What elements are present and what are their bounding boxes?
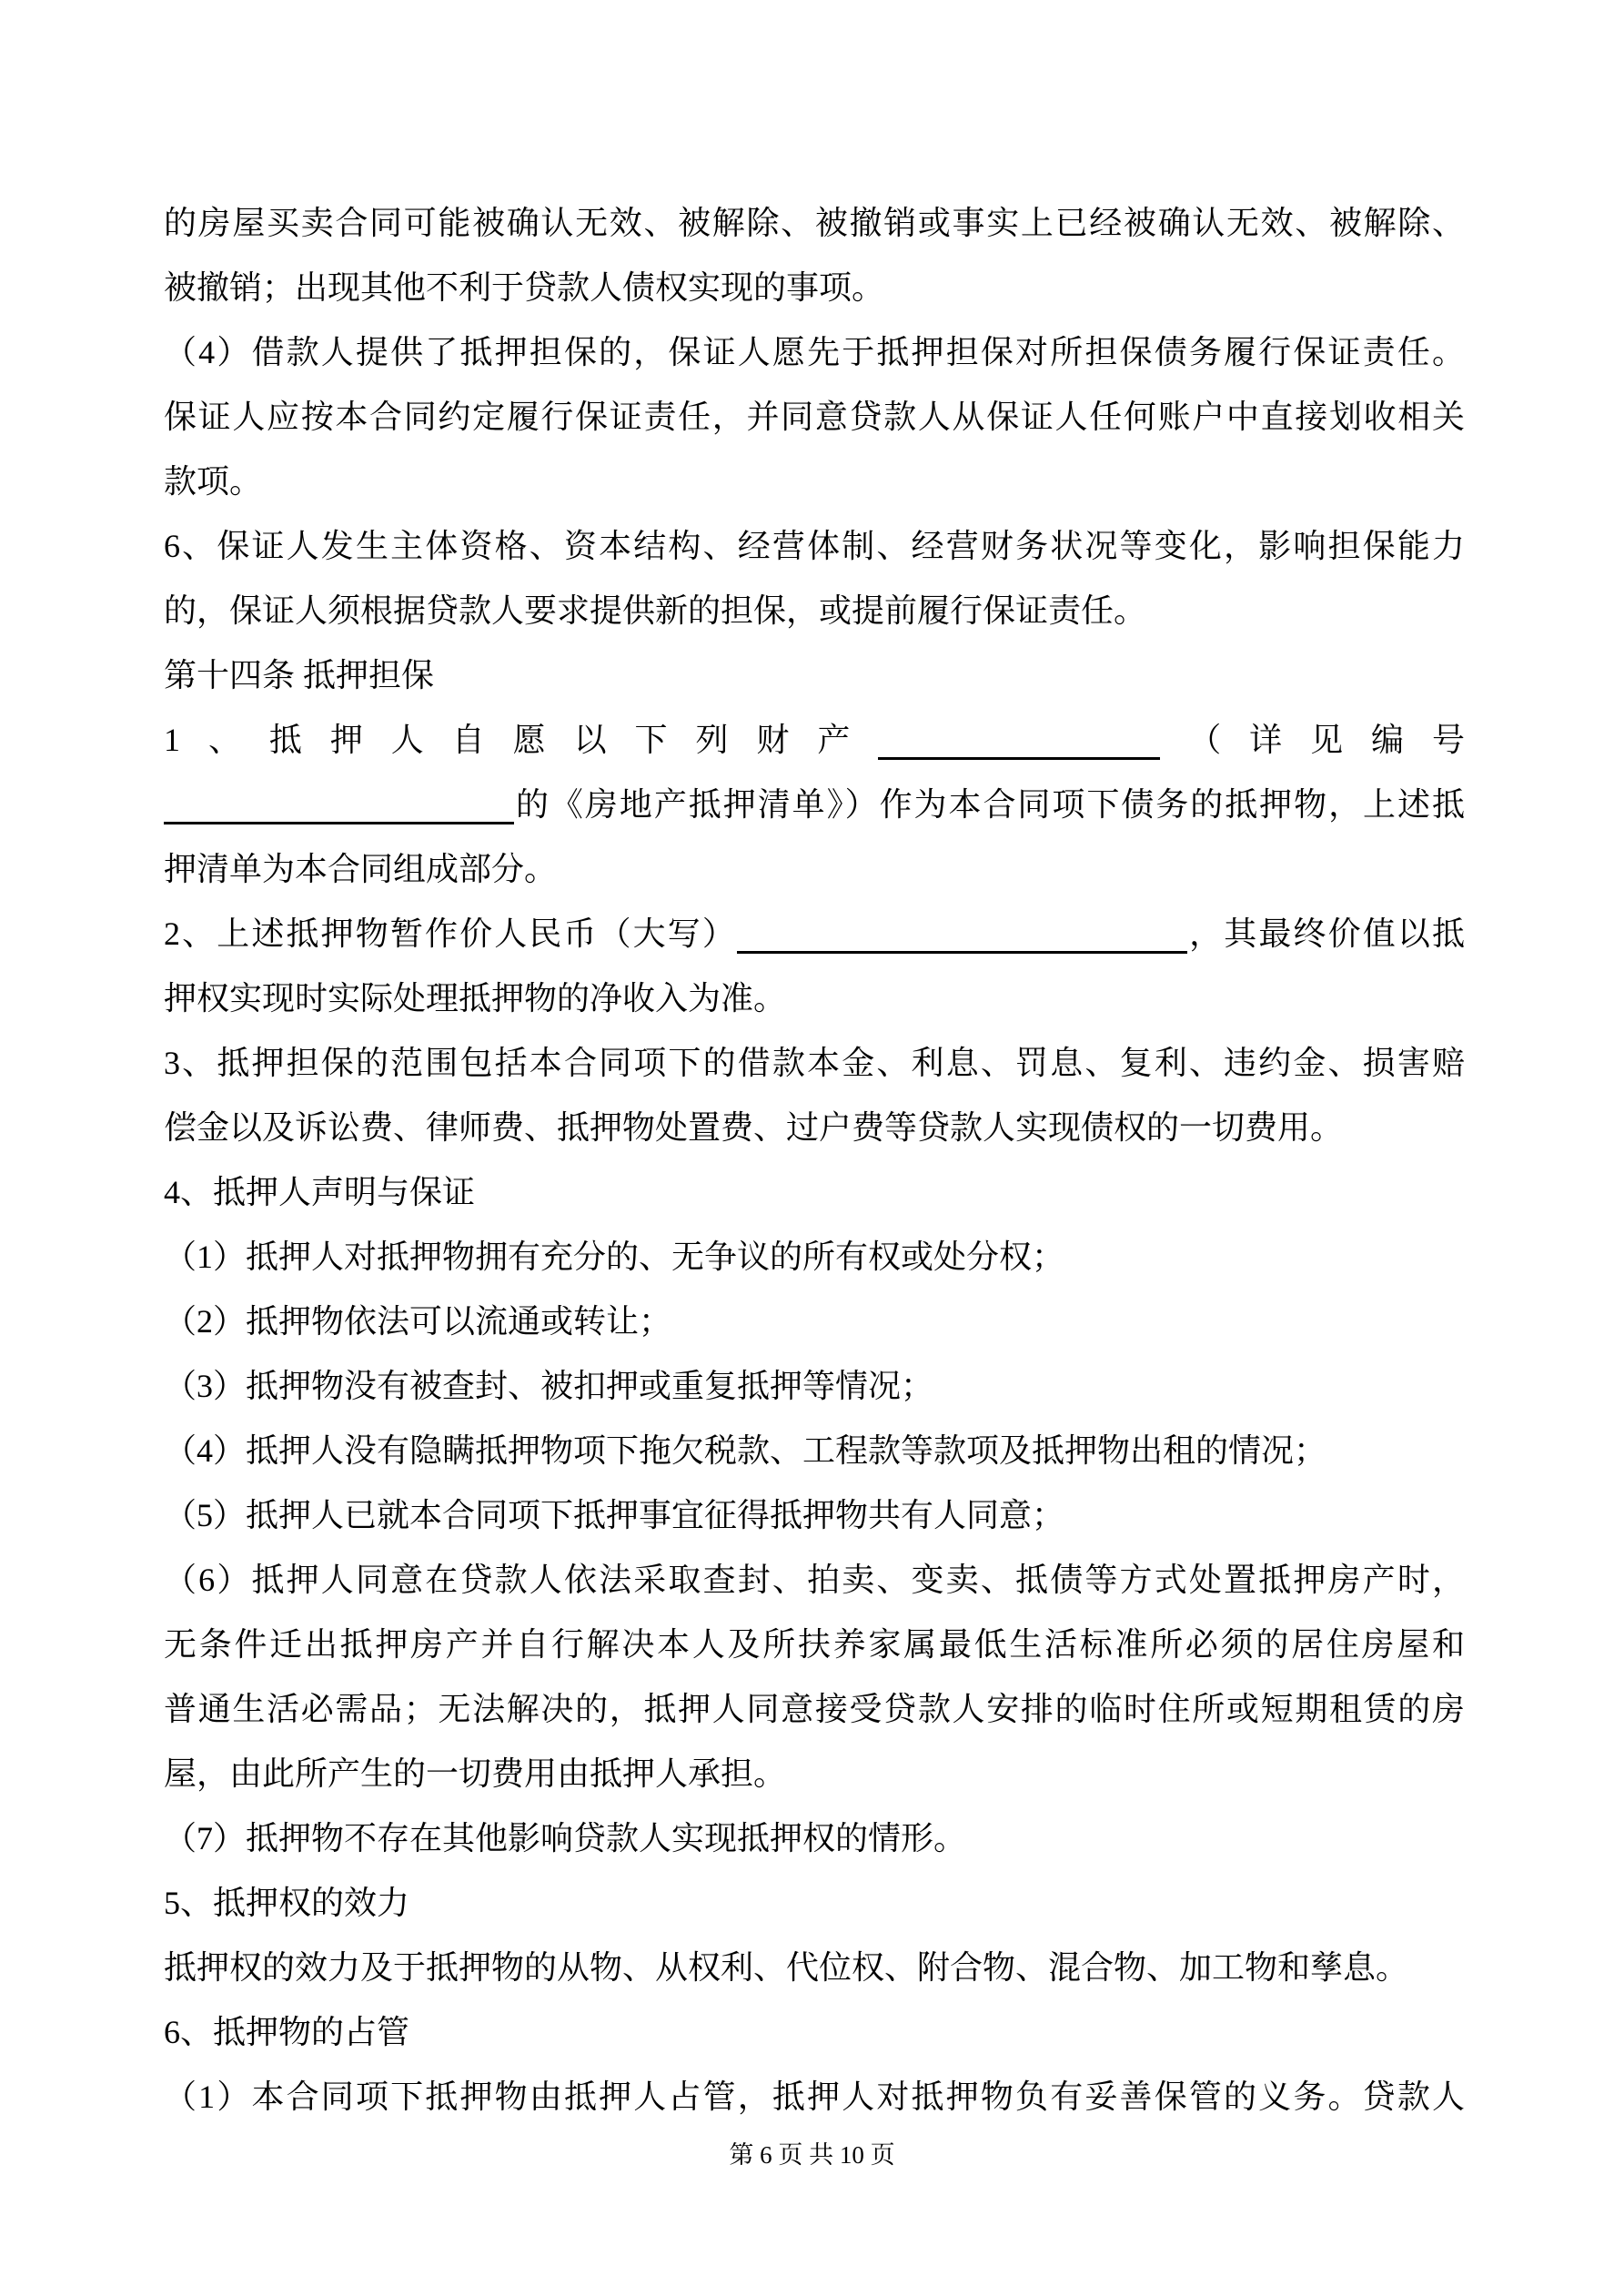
document-line: 押权实现时实际处理抵押物的净收入为准。: [164, 966, 1465, 1031]
text-run: （5）抵押人已就本合同项下抵押事宜征得抵押物共有人同意；: [164, 1497, 1064, 1533]
document-line: 3、抵押担保的范围包括本合同项下的借款本金、利息、罚息、复利、违约金、损害赔: [164, 1031, 1465, 1096]
document-line: （7）抵押物不存在其他影响贷款人实现抵押权的情形。: [164, 1806, 1465, 1871]
contract-body: 的房屋买卖合同可能被确认无效、被解除、被撤销或事实上已经被确认无效、被解除、被撤…: [164, 191, 1465, 2129]
text-run: （2）抵押物依法可以流通或转让；: [164, 1303, 671, 1340]
document-line: （4）抵押人没有隐瞒抵押物项下拖欠税款、工程款等款项及抵押物出租的情况；: [164, 1419, 1465, 1483]
contract-page: 的房屋买卖合同可能被确认无效、被解除、被撤销或事实上已经被确认无效、被解除、被撤…: [0, 0, 1624, 2296]
text-run: （详见编号: [1160, 722, 1465, 758]
text-run: 款项。: [164, 463, 262, 500]
text-run: （4）抵押人没有隐瞒抵押物项下拖欠税款、工程款等款项及抵押物出租的情况；: [164, 1432, 1326, 1469]
text-run: 第十四条 抵押担保: [164, 657, 434, 693]
text-run: 抵押权的效力及于抵押物的从物、从权利、代位权、附合物、混合物、加工物和孳息。: [164, 1949, 1408, 1986]
document-line: 4、抵押人声明与保证: [164, 1160, 1465, 1225]
document-line: 6、抵押物的占管: [164, 2000, 1465, 2065]
document-line: （3）抵押物没有被查封、被扣押或重复抵押等情况；: [164, 1354, 1465, 1419]
text-run: 4、抵押人声明与保证: [164, 1174, 475, 1210]
text-run: 6、抵押物的占管: [164, 2014, 409, 2050]
text-run: 保证人应按本合同约定履行保证责任，并同意贷款人从保证人任何账户中直接划收相关: [164, 399, 1465, 435]
text-run: （4）借款人提供了抵押担保的，保证人愿先于抵押担保对所担保债务履行保证责任。: [164, 334, 1465, 370]
text-run: 的《房地产抵押清单》）作为本合同项下债务的抵押物，上述抵: [514, 786, 1465, 823]
text-run: 1、抵押人自愿以下列财产: [164, 722, 878, 758]
document-line: （1）抵押人对抵押物拥有充分的、无争议的所有权或处分权；: [164, 1225, 1465, 1290]
document-line: 1、抵押人自愿以下列财产（详见编号: [164, 708, 1465, 773]
document-line: 被撤销；出现其他不利于贷款人债权实现的事项。: [164, 256, 1465, 320]
text-run: 的，保证人须根据贷款人要求提供新的担保，或提前履行保证责任。: [164, 592, 1146, 629]
document-line: 款项。: [164, 450, 1465, 514]
text-run: 无条件迁出抵押房产并自行解决本人及所扶养家属最低生活标准所必须的居住房屋和: [164, 1626, 1465, 1663]
text-run: 6、保证人发生主体资格、资本结构、经营体制、经营财务状况等变化，影响担保能力: [164, 528, 1465, 564]
document-line: 6、保证人发生主体资格、资本结构、经营体制、经营财务状况等变化，影响担保能力: [164, 514, 1465, 579]
document-line: （1）本合同项下抵押物由抵押人占管，抵押人对抵押物负有妥善保管的义务。贷款人: [164, 2065, 1465, 2129]
text-run: （1）抵押人对抵押物拥有充分的、无争议的所有权或处分权；: [164, 1239, 1064, 1275]
text-run: ，其最终价值以抵: [1187, 915, 1465, 952]
page-number: 第 6 页 共 10 页: [729, 2141, 894, 2169]
text-run: 押权实现时实际处理抵押物的净收入为准。: [164, 980, 786, 1017]
fill-in-blank-underline: [737, 951, 1187, 954]
document-line: 保证人应按本合同约定履行保证责任，并同意贷款人从保证人任何账户中直接划收相关: [164, 385, 1465, 450]
text-run: 2、上述抵押物暂作价人民币（大写）: [164, 915, 737, 952]
fill-in-blank-underline: [878, 757, 1160, 760]
document-line: 第十四条 抵押担保: [164, 643, 1465, 708]
text-run: 被撤销；出现其他不利于贷款人债权实现的事项。: [164, 269, 884, 306]
document-line: 的，保证人须根据贷款人要求提供新的担保，或提前履行保证责任。: [164, 579, 1465, 643]
document-line: （5）抵押人已就本合同项下抵押事宜征得抵押物共有人同意；: [164, 1483, 1465, 1548]
text-run: （7）抵押物不存在其他影响贷款人实现抵押权的情形。: [164, 1820, 966, 1856]
text-run: （6）抵押人同意在贷款人依法采取查封、拍卖、变卖、抵债等方式处置抵押房产时，: [164, 1562, 1465, 1598]
text-run: 的房屋买卖合同可能被确认无效、被解除、被撤销或事实上已经被确认无效、被解除、: [164, 205, 1465, 241]
fill-in-blank-underline: [164, 822, 514, 824]
document-line: （6）抵押人同意在贷款人依法采取查封、拍卖、变卖、抵债等方式处置抵押房产时，: [164, 1548, 1465, 1613]
text-run: 3、抵押担保的范围包括本合同项下的借款本金、利息、罚息、复利、违约金、损害赔: [164, 1045, 1465, 1081]
document-line: 无条件迁出抵押房产并自行解决本人及所扶养家属最低生活标准所必须的居住房屋和: [164, 1613, 1465, 1677]
text-run: 普通生活必需品；无法解决的，抵押人同意接受贷款人安排的临时住所或短期租赁的房: [164, 1691, 1465, 1727]
text-run: 屋，由此所产生的一切费用由抵押人承担。: [164, 1755, 786, 1792]
document-line: 5、抵押权的效力: [164, 1871, 1465, 1936]
document-line: 普通生活必需品；无法解决的，抵押人同意接受贷款人安排的临时住所或短期租赁的房: [164, 1677, 1465, 1742]
document-line: 的房屋买卖合同可能被确认无效、被解除、被撤销或事实上已经被确认无效、被解除、: [164, 191, 1465, 256]
text-run: （1）本合同项下抵押物由抵押人占管，抵押人对抵押物负有妥善保管的义务。贷款人: [164, 2079, 1465, 2115]
page-footer: 第 6 页 共 10 页: [0, 2128, 1624, 2182]
text-run: （3）抵押物没有被查封、被扣押或重复抵押等情况；: [164, 1368, 933, 1404]
document-line: （4）借款人提供了抵押担保的，保证人愿先于抵押担保对所担保债务履行保证责任。: [164, 320, 1465, 385]
document-line: 2、上述抵押物暂作价人民币（大写），其最终价值以抵: [164, 902, 1465, 966]
text-run: 偿金以及诉讼费、律师费、抵押物处置费、过户费等贷款人实现债权的一切费用。: [164, 1109, 1343, 1146]
document-line: 偿金以及诉讼费、律师费、抵押物处置费、过户费等贷款人实现债权的一切费用。: [164, 1096, 1465, 1160]
text-run: 5、抵押权的效力: [164, 1885, 409, 1921]
document-line: （2）抵押物依法可以流通或转让；: [164, 1290, 1465, 1354]
document-line: 押清单为本合同组成部分。: [164, 837, 1465, 902]
document-line: 抵押权的效力及于抵押物的从物、从权利、代位权、附合物、混合物、加工物和孳息。: [164, 1936, 1465, 2000]
document-line: 屋，由此所产生的一切费用由抵押人承担。: [164, 1742, 1465, 1806]
document-line: 的《房地产抵押清单》）作为本合同项下债务的抵押物，上述抵: [164, 773, 1465, 837]
text-run: 押清单为本合同组成部分。: [164, 851, 557, 887]
